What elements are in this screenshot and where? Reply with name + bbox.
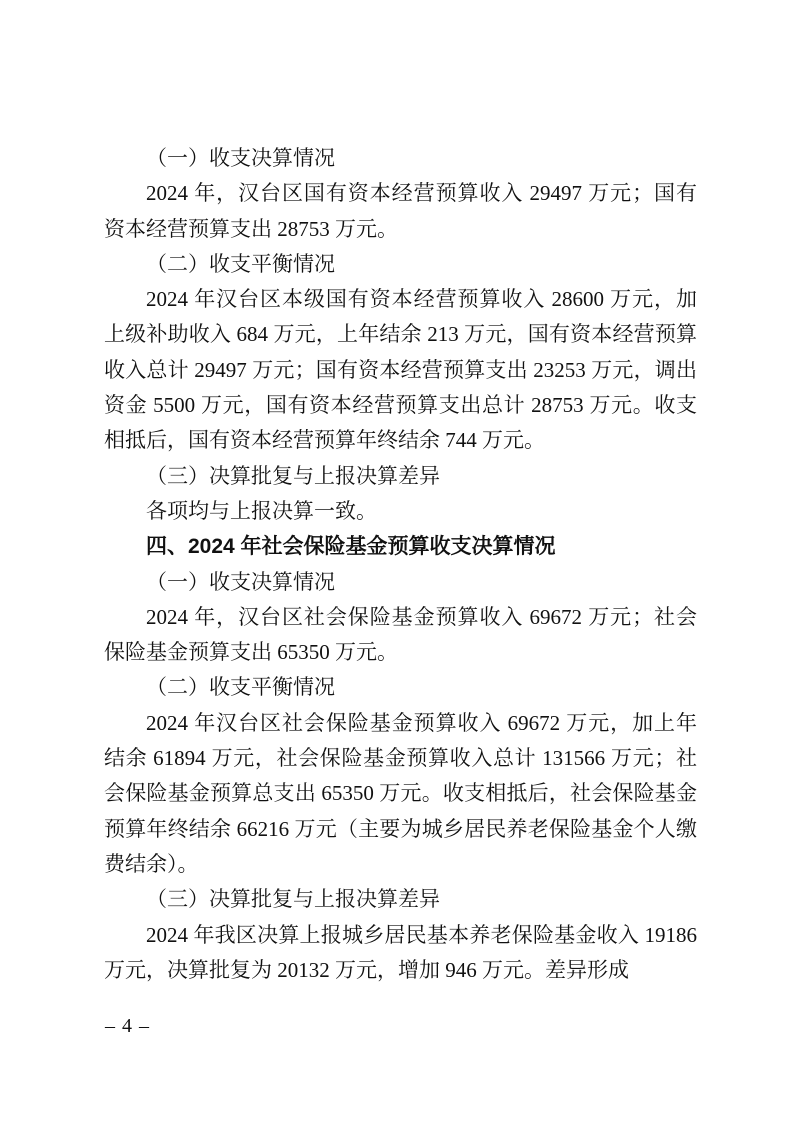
paragraph: 各项均与上报决算一致。 xyxy=(104,494,697,529)
subsection-heading: （一）收支决算情况 xyxy=(104,141,697,176)
document-body: （一）收支决算情况2024 年，汉台区国有资本经营预算收入 29497 万元；国… xyxy=(104,141,697,988)
subsection-heading: （二）收支平衡情况 xyxy=(104,670,697,705)
paragraph: 2024 年汉台区本级国有资本经营预算收入 28600 万元，加上级补助收入 6… xyxy=(104,282,697,458)
subsection-heading: （三）决算批复与上报决算差异 xyxy=(104,882,697,917)
section-heading: 四、2024 年社会保险基金预算收支决算情况 xyxy=(104,529,697,564)
document-page: （一）收支决算情况2024 年，汉台区国有资本经营预算收入 29497 万元；国… xyxy=(0,0,793,1122)
paragraph: 2024 年，汉台区国有资本经营预算收入 29497 万元；国有资本经营预算支出… xyxy=(104,176,697,247)
page-number: – 4 – xyxy=(105,1014,150,1038)
paragraph: 2024 年汉台区社会保险基金预算收入 69672 万元，加上年结余 61894… xyxy=(104,706,697,882)
paragraph: 2024 年我区决算上报城乡居民基本养老保险基金收入 19186 万元，决算批复… xyxy=(104,918,697,989)
subsection-heading: （二）收支平衡情况 xyxy=(104,247,697,282)
subsection-heading: （一）收支决算情况 xyxy=(104,565,697,600)
paragraph: 2024 年，汉台区社会保险基金预算收入 69672 万元；社会保险基金预算支出… xyxy=(104,600,697,671)
subsection-heading: （三）决算批复与上报决算差异 xyxy=(104,459,697,494)
